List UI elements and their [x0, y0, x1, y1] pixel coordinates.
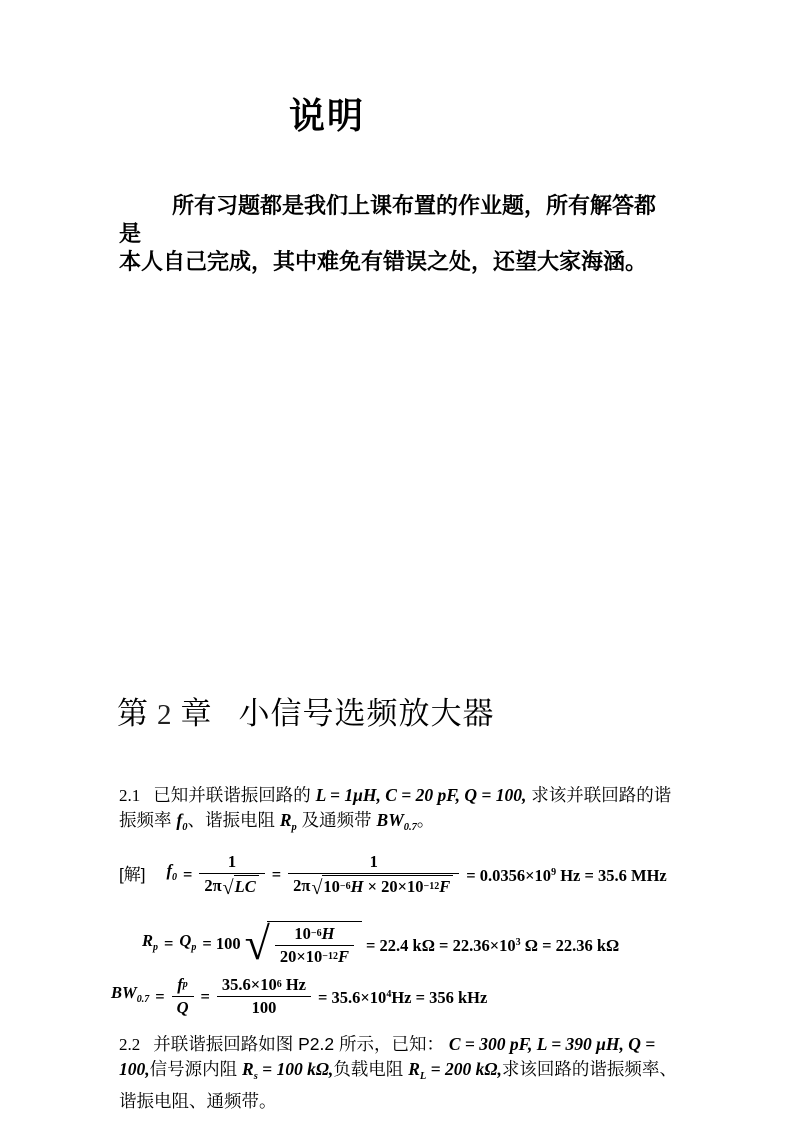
math-var: Q	[179, 931, 191, 950]
math-var: R	[242, 1059, 254, 1079]
exponent: −6	[311, 924, 322, 944]
intro-line-1: 所有习题都是我们上课布置的作业题，所有解答都是	[119, 192, 676, 248]
number: 35.6×10	[222, 975, 277, 995]
math-var: BW	[377, 810, 404, 830]
math-var: R	[408, 1059, 420, 1079]
document-page: 说明 所有习题都是我们上课布置的作业题，所有解答都是 本人自己完成，其中难免有错…	[0, 0, 794, 1123]
radicand: LC	[234, 875, 259, 897]
coefficient: = 100	[202, 934, 240, 954]
exponent: −12	[322, 947, 338, 967]
radical-sign: √	[223, 875, 234, 897]
math-var: BW	[111, 983, 137, 1002]
subscript: s	[254, 1071, 258, 1082]
numerator: 10−6H	[275, 924, 354, 945]
problem-2-2-statement: 2.2并联谐振回路如图 P2.2 所示，已知： C = 300 pF, L = …	[119, 1032, 677, 1114]
denominator: 2π √LC	[199, 873, 264, 897]
sqrt-radical: √LC	[223, 875, 259, 897]
math-var: R	[280, 810, 292, 830]
coefficient: 2π	[293, 876, 310, 896]
chapter-name: 小信号选频放大器	[239, 696, 495, 732]
problem-2-1-text-r: 、谐振电阻	[187, 810, 275, 830]
equals-sign: =	[155, 987, 164, 1007]
subscript: L	[420, 1071, 426, 1082]
math-bw07: BW0.7	[377, 810, 417, 830]
math-var: R	[142, 931, 153, 950]
intro-line-2: 本人自己完成，其中难免有错误之处，还望大家海涵。	[119, 248, 676, 276]
subscript: 0	[172, 872, 177, 883]
denominator: 2π √10−6H × 20×10−12F	[288, 873, 459, 897]
problem-2-1-statement: 2.1已知并联谐振回路的 L = 1μH, C = 20 pF, Q = 100…	[119, 783, 677, 840]
result: = 35.6×104Hz = 356 kHz	[318, 985, 487, 1008]
fraction: 35.6×106 Hz 100	[217, 975, 311, 1018]
subscript: p	[191, 942, 196, 953]
subscript: p	[153, 942, 158, 953]
chapter-suffix: 章	[181, 696, 212, 732]
solution-2-1-eq-rp: Rp = Qp = 100 √ 10−6H 20×10−12F = 22.4 k…	[139, 921, 794, 967]
fraction: 10−6H 20×10−12F	[275, 924, 354, 967]
sqrt-radical: √10−6H × 20×10−12F	[311, 875, 453, 897]
solution-label: [解]	[119, 865, 145, 885]
exponent: −6	[340, 877, 351, 897]
fraction: 1 2π √10−6H × 20×10−12F	[288, 852, 459, 897]
number: 20×10	[280, 947, 322, 967]
problem-2-1-given: L = 1μH, C = 20 pF, Q = 100,	[316, 785, 527, 805]
problem-2-1-period: 。	[417, 810, 435, 830]
denominator: Q	[172, 996, 194, 1018]
number: = 0.0356×10	[466, 866, 551, 885]
equals-sign: =	[164, 934, 173, 954]
chapter-number: 2	[157, 697, 172, 733]
problem-2-1-text-bw: 及通频带	[302, 810, 372, 830]
unit: F	[439, 877, 450, 897]
numerator: 35.6×106 Hz	[217, 975, 311, 996]
math-rp: Rp	[142, 931, 158, 958]
unit: Hz = 356 kHz	[391, 988, 487, 1007]
intro-paragraph: 所有习题都是我们上课布置的作业题，所有解答都是 本人自己完成，其中难免有错误之处…	[119, 192, 676, 276]
math-rs: Rs = 100 kΩ,	[242, 1059, 333, 1079]
value: = 100 kΩ,	[262, 1059, 333, 1079]
radicand: 10−6H × 20×10−12F	[322, 875, 453, 897]
problem-2-2-number: 2.2	[119, 1035, 140, 1054]
problem-2-2-text: 并联谐振回路如图 P2.2 所示，已知：	[153, 1034, 444, 1054]
numerator: fp	[172, 975, 194, 996]
number: × 20×10	[363, 877, 423, 897]
radicand: 10−6H 20×10−12F	[267, 921, 362, 967]
problem-2-1-text: 已知并联谐振回路的	[153, 785, 311, 805]
unit: H	[322, 924, 335, 944]
chapter-prefix: 第	[117, 696, 148, 732]
math-qp: Qp	[179, 931, 196, 958]
number: = 35.6×10	[318, 988, 386, 1007]
problem-2-2-text-rl: 负载电阻	[333, 1059, 403, 1079]
fraction: fp Q	[172, 975, 194, 1018]
coefficient: 2π	[204, 876, 221, 896]
problem-2-1-number: 2.1	[119, 786, 140, 805]
number: 10	[294, 924, 311, 944]
math-bw07: BW0.7	[111, 983, 149, 1010]
number: 10	[323, 877, 340, 897]
chapter-heading: 第 2 章 小信号选频放大器	[117, 696, 794, 733]
problem-2-2-text-rs: 信号源内阻	[150, 1059, 238, 1079]
number: = 22.4 kΩ = 22.36×10	[366, 936, 516, 955]
value: = 200 kΩ,	[431, 1059, 502, 1079]
exponent: −12	[424, 877, 440, 897]
unit: F	[338, 947, 349, 967]
math-f0: f0	[176, 810, 187, 830]
numerator: 1	[199, 852, 264, 873]
numerator: 1	[288, 852, 459, 873]
solution-2-1-eq-f0: [解] f0 = 1 2π √LC = 1 2π √10−6H × 20×10−…	[119, 852, 794, 897]
subscript: p	[183, 975, 188, 995]
denominator: 100	[217, 996, 311, 1018]
equals-sign: =	[272, 865, 281, 885]
math-f0: f0	[166, 861, 177, 888]
radical-sign: √	[311, 875, 322, 897]
denominator: 20×10−12F	[275, 945, 354, 967]
math-rp: Rp	[280, 810, 297, 830]
result: = 22.4 kΩ = 22.36×103 Ω = 22.36 kΩ	[366, 933, 619, 956]
subscript: 0.7	[404, 822, 417, 833]
result: = 0.0356×109 Hz = 35.6 MHz	[466, 863, 666, 886]
unit: Hz = 35.6 MHz	[556, 866, 667, 885]
page-title: 说明	[0, 0, 794, 136]
sqrt-radical: √ 10−6H 20×10−12F	[245, 921, 362, 967]
subscript: 0.7	[137, 994, 150, 1005]
solution-2-1-eq-bw: BW0.7 = fp Q = 35.6×106 Hz 100 = 35.6×10…	[108, 975, 794, 1018]
unit: Ω = 22.36 kΩ	[521, 936, 620, 955]
subscript: p	[292, 822, 297, 833]
equals-sign: =	[183, 865, 192, 885]
math-rl: RL = 200 kΩ,	[408, 1059, 502, 1079]
equals-sign: =	[201, 987, 210, 1007]
fraction: 1 2π √LC	[199, 852, 264, 897]
unit: H	[351, 877, 364, 897]
unit: Hz	[282, 975, 306, 995]
